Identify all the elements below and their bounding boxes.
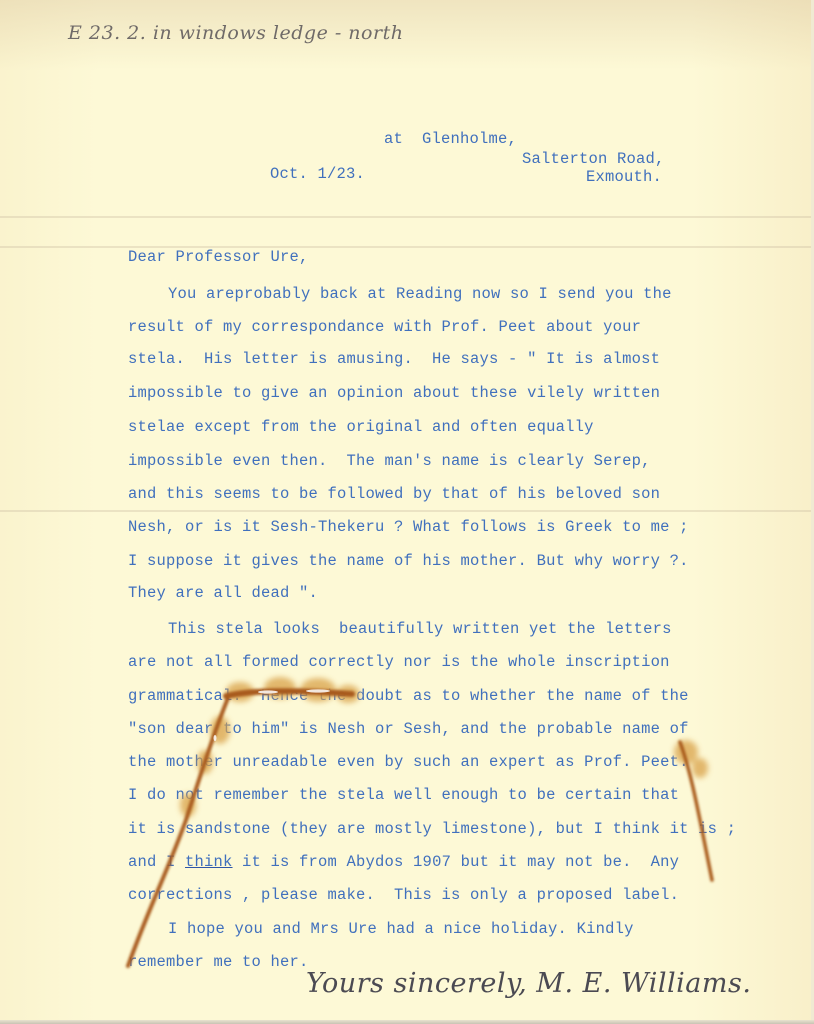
body-line: Nesh, or is it Sesh-Thekeru ? What follo… (128, 518, 689, 536)
body-line: the mother unreadable even by such an ex… (128, 753, 689, 771)
body-line: You areprobably back at Reading now so I… (168, 285, 672, 303)
body-line-rest: it is from Abydos 1907 but it may not be… (233, 853, 680, 871)
body-line: and I think it is from Abydos 1907 but i… (128, 853, 679, 871)
letter-page: E 23. 2. in windows ledge - north at Gle… (0, 0, 814, 1024)
paper-bottom-edge (0, 1020, 814, 1024)
body-line: impossible to give an opinion about thes… (128, 384, 660, 402)
body-line: it is sandstone (they are mostly limesto… (128, 820, 736, 838)
body-line: corrections , please make. This is only … (128, 886, 679, 904)
letter-date: Oct. 1/23. (270, 165, 365, 183)
body-line: remember me to her. (128, 953, 309, 971)
address-line-3: Exmouth. (586, 168, 662, 186)
body-line: impossible even then. The man's name is … (128, 452, 651, 470)
body-line: I suppose it gives the name of his mothe… (128, 552, 689, 570)
handwritten-signature: Yours sincerely, M. E. Williams. (306, 968, 751, 999)
body-line: I do not remember the stela well enough … (128, 786, 679, 804)
body-line: "son dear to him" is Nesh or Sesh, and t… (128, 720, 689, 738)
body-line: This stela looks beautifully written yet… (168, 620, 672, 638)
body-line: result of my correspondance with Prof. P… (128, 318, 641, 336)
address-line-1: at Glenholme, (384, 130, 517, 148)
body-line: I hope you and Mrs Ure had a nice holida… (168, 920, 634, 938)
salutation: Dear Professor Ure, (128, 248, 309, 266)
body-line: and this seems to be followed by that of… (128, 485, 660, 503)
body-line: stela. His letter is amusing. He says - … (128, 350, 660, 368)
body-line: are not all formed correctly nor is the … (128, 653, 670, 671)
archive-handwritten-note: E 23. 2. in windows ledge - north (68, 22, 403, 44)
address-line-2: Salterton Road, (522, 150, 665, 168)
body-line: stelae except from the original and ofte… (128, 418, 594, 436)
body-line: They are all dead ". (128, 584, 318, 602)
paper-fold-line (0, 510, 814, 512)
paper-fold-line (0, 216, 814, 218)
body-line-start: and I (128, 853, 185, 871)
paper-fold-line (0, 246, 814, 248)
body-line: grammatical. Hence the doubt as to wheth… (128, 687, 689, 705)
underlined-word: think (185, 853, 233, 871)
